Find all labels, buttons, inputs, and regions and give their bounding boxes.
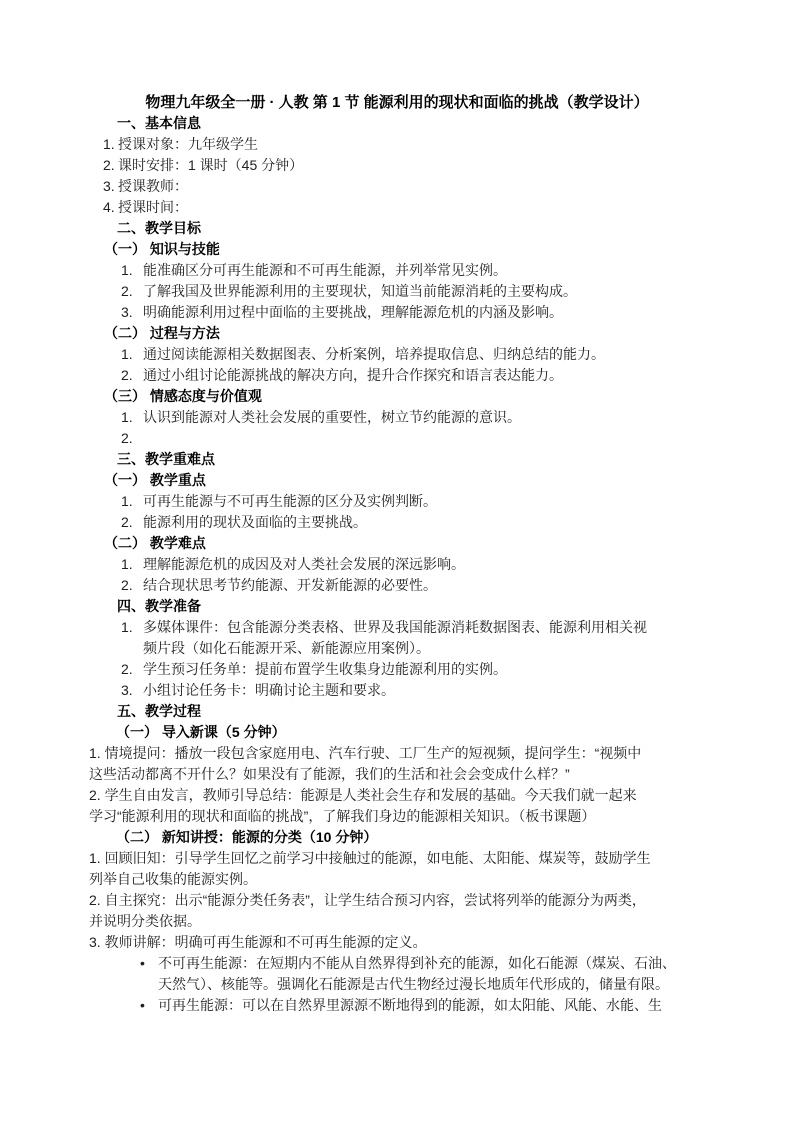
item-text: 可再生能源：可以在自然界里源源不断地得到的能源，如太阳能、风能、水能、生 bbox=[158, 997, 662, 1013]
numbered-item: 2.能源利用的现状及面临的主要挑战。 bbox=[0, 512, 794, 533]
subsection-heading: （二） 过程与方法 bbox=[0, 323, 794, 344]
item-number: 1. bbox=[121, 407, 133, 428]
item-number: 3. bbox=[103, 176, 115, 197]
item-text: 小组讨论任务卡：明确讨论主题和要求。 bbox=[143, 682, 395, 698]
numbered-item: 1.可再生能源与不可再生能源的区分及实例判断。 bbox=[0, 491, 794, 512]
item-text: 授课时间： bbox=[118, 199, 188, 215]
item-text: （二） 过程与方法 bbox=[104, 325, 220, 341]
item-text: 认识到能源对人类社会发展的重要性，树立节约能源的意识。 bbox=[143, 409, 521, 425]
paragraph-line: 1. 回顾旧知：引导学生回忆之前学习中接触过的能源，如电能、太阳能、煤炭等，鼓励… bbox=[0, 848, 794, 869]
item-number: 1. bbox=[121, 554, 133, 575]
item-text: 结合现状思考节约能源、开发新能源的必要性。 bbox=[143, 577, 437, 593]
paragraph-line: 这些活动都离不开什么？如果没有了能源，我们的生活和社会会变成什么样？” bbox=[0, 764, 794, 785]
section-heading: 五、教学过程 bbox=[0, 701, 794, 722]
paragraph-line: 列举自己收集的能源实例。 bbox=[0, 869, 794, 890]
numbered-item: 2.通过小组讨论能源挑战的解决方向，提升合作探究和语言表达能力。 bbox=[0, 365, 794, 386]
item-text: 一、基本信息 bbox=[117, 115, 201, 131]
item-text: 课时安排：1 课时（45 分钟） bbox=[118, 157, 303, 173]
paragraph-line: 3. 教师讲解：明确可再生能源和不可再生能源的定义。 bbox=[0, 932, 794, 953]
item-text: 多媒体课件：包含能源分类表格、世界及我国能源消耗数据图表、能源利用相关视 bbox=[143, 619, 647, 635]
section-heading: 一、基本信息 bbox=[0, 113, 794, 134]
numbered-item: 1.授课对象：九年级学生 bbox=[0, 134, 794, 155]
item-number: 1. bbox=[121, 617, 133, 638]
item-text: 授课教师： bbox=[118, 178, 188, 194]
numbered-item: 1.认识到能源对人类社会发展的重要性，树立节约能源的意识。 bbox=[0, 407, 794, 428]
item-number: 1. bbox=[121, 491, 133, 512]
numbered-item: 2. bbox=[0, 428, 794, 449]
item-number: 2. bbox=[121, 512, 133, 533]
item-number: 4. bbox=[103, 197, 115, 218]
item-text: 不可再生能源：在短期内不能从自然界得到补充的能源，如化石能源（煤炭、石油、 bbox=[158, 955, 676, 971]
numbered-item: 2.结合现状思考节约能源、开发新能源的必要性。 bbox=[0, 575, 794, 596]
item-text: 频片段（如化石能源开采、新能源应用案例）。 bbox=[143, 640, 430, 656]
subsection-heading: （一） 导入新课（5 分钟） bbox=[0, 722, 794, 743]
subsection-heading: （一） 教学重点 bbox=[0, 470, 794, 491]
numbered-item: 1.多媒体课件：包含能源分类表格、世界及我国能源消耗数据图表、能源利用相关视 bbox=[0, 617, 794, 638]
item-text: 2. 自主探究：出示“能源分类任务表”，让学生结合预习内容，尝试将列举的能源分为… bbox=[89, 892, 646, 908]
item-text: 理解能源危机的成因及对人类社会发展的深远影响。 bbox=[143, 556, 465, 572]
item-text: 学习“能源利用的现状和面临的挑战”，了解我们身边的能源相关知识。（板书课题） bbox=[89, 808, 595, 824]
item-number: 2. bbox=[121, 281, 133, 302]
item-number: 2. bbox=[121, 428, 133, 449]
item-text: 3. 教师讲解：明确可再生能源和不可再生能源的定义。 bbox=[89, 934, 427, 950]
subsection-heading: （一） 知识与技能 bbox=[0, 239, 794, 260]
subsection-heading: （二） 教学难点 bbox=[0, 533, 794, 554]
document-title: 物理九年级全一册 · 人教 第 1 节 能源利用的现状和面临的挑战（教学设计） bbox=[0, 92, 794, 113]
item-text: 这些活动都离不开什么？如果没有了能源，我们的生活和社会会变成什么样？” bbox=[89, 766, 570, 782]
item-text: （二） 教学难点 bbox=[104, 535, 206, 551]
bullet-item: •可再生能源：可以在自然界里源源不断地得到的能源，如太阳能、风能、水能、生 bbox=[0, 995, 794, 1016]
item-text: 能源利用的现状及面临的主要挑战。 bbox=[143, 514, 367, 530]
item-number: 1. bbox=[121, 344, 133, 365]
item-text: （一） 教学重点 bbox=[104, 472, 206, 488]
item-text: 列举自己收集的能源实例。 bbox=[89, 871, 257, 887]
item-number: 2. bbox=[103, 155, 115, 176]
item-text: 2. 学生自由发言，教师引导总结：能源是人类社会生存和发展的基础。今天我们就一起… bbox=[89, 787, 637, 803]
paragraph-line: 2. 自主探究：出示“能源分类任务表”，让学生结合预习内容，尝试将列举的能源分为… bbox=[0, 890, 794, 911]
item-number: 2. bbox=[121, 659, 133, 680]
item-number: 3. bbox=[121, 302, 133, 323]
item-text: 四、教学准备 bbox=[117, 598, 201, 614]
numbered-item-continuation: 频片段（如化石能源开采、新能源应用案例）。 bbox=[0, 638, 794, 659]
numbered-item: 4.授课时间： bbox=[0, 197, 794, 218]
lesson-plan-document: 物理九年级全一册 · 人教 第 1 节 能源利用的现状和面临的挑战（教学设计） … bbox=[0, 0, 794, 1016]
item-text: 通过小组讨论能源挑战的解决方向，提升合作探究和语言表达能力。 bbox=[143, 367, 563, 383]
numbered-item: 2.课时安排：1 课时（45 分钟） bbox=[0, 155, 794, 176]
item-text: （三） 情感态度与价值观 bbox=[104, 388, 262, 404]
subsection-heading: （三） 情感态度与价值观 bbox=[0, 386, 794, 407]
numbered-item: 2.学生预习任务单：提前布置学生收集身边能源利用的实例。 bbox=[0, 659, 794, 680]
item-text: 明确能源利用过程中面临的主要挑战，理解能源危机的内涵及影响。 bbox=[143, 304, 563, 320]
item-number: 1. bbox=[121, 260, 133, 281]
numbered-item: 2.了解我国及世界能源利用的主要现状，知道当前能源消耗的主要构成。 bbox=[0, 281, 794, 302]
item-text: 三、教学重难点 bbox=[117, 451, 215, 467]
section-heading: 二、教学目标 bbox=[0, 218, 794, 239]
bullet-item-continuation: 天然气）、核能等。强调化石能源是古代生物经过漫长地质年代形成的，储量有限。 bbox=[0, 974, 794, 995]
item-text: 通过阅读能源相关数据图表、分析案例，培养提取信息、归纳总结的能力。 bbox=[143, 346, 605, 362]
section-heading: 四、教学准备 bbox=[0, 596, 794, 617]
item-text: 授课对象：九年级学生 bbox=[118, 136, 258, 152]
numbered-item: 3.小组讨论任务卡：明确讨论主题和要求。 bbox=[0, 680, 794, 701]
numbered-item: 1.能准确区分可再生能源和不可再生能源，并列举常见实例。 bbox=[0, 260, 794, 281]
item-text: 二、教学目标 bbox=[117, 220, 201, 236]
bullet-item: •不可再生能源：在短期内不能从自然界得到补充的能源，如化石能源（煤炭、石油、 bbox=[0, 953, 794, 974]
paragraph-line: 并说明分类依据。 bbox=[0, 911, 794, 932]
item-text: 1. 情境提问：播放一段包含家庭用电、汽车行驶、工厂生产的短视频，提问学生：“视… bbox=[89, 745, 641, 761]
item-number: 2. bbox=[121, 365, 133, 386]
bullet-icon: • bbox=[140, 995, 145, 1016]
numbered-item: 1.通过阅读能源相关数据图表、分析案例，培养提取信息、归纳总结的能力。 bbox=[0, 344, 794, 365]
item-text: （一） 导入新课（5 分钟） bbox=[116, 724, 286, 740]
paragraph-line: 1. 情境提问：播放一段包含家庭用电、汽车行驶、工厂生产的短视频，提问学生：“视… bbox=[0, 743, 794, 764]
item-text: 1. 回顾旧知：引导学生回忆之前学习中接触过的能源，如电能、太阳能、煤炭等，鼓励… bbox=[89, 850, 651, 866]
item-number: 1. bbox=[103, 134, 115, 155]
document-page: 物理九年级全一册 · 人教 第 1 节 能源利用的现状和面临的挑战（教学设计） … bbox=[0, 0, 794, 1123]
item-text: 并说明分类依据。 bbox=[89, 913, 201, 929]
item-text: 了解我国及世界能源利用的主要现状，知道当前能源消耗的主要构成。 bbox=[143, 283, 577, 299]
item-text: 五、教学过程 bbox=[117, 703, 201, 719]
item-text: 天然气）、核能等。强调化石能源是古代生物经过漫长地质年代形成的，储量有限。 bbox=[158, 976, 669, 992]
numbered-item: 3.明确能源利用过程中面临的主要挑战，理解能源危机的内涵及影响。 bbox=[0, 302, 794, 323]
item-text: 能准确区分可再生能源和不可再生能源，并列举常见实例。 bbox=[143, 262, 507, 278]
document-body: 一、基本信息1.授课对象：九年级学生2.课时安排：1 课时（45 分钟）3.授课… bbox=[0, 113, 794, 1016]
paragraph-line: 学习“能源利用的现状和面临的挑战”，了解我们身边的能源相关知识。（板书课题） bbox=[0, 806, 794, 827]
bullet-icon: • bbox=[140, 953, 145, 974]
item-text: （二） 新知讲授：能源的分类（10 分钟） bbox=[116, 829, 377, 845]
numbered-item: 3.授课教师： bbox=[0, 176, 794, 197]
paragraph-line: 2. 学生自由发言，教师引导总结：能源是人类社会生存和发展的基础。今天我们就一起… bbox=[0, 785, 794, 806]
item-number: 2. bbox=[121, 575, 133, 596]
numbered-item: 1.理解能源危机的成因及对人类社会发展的深远影响。 bbox=[0, 554, 794, 575]
section-heading: 三、教学重难点 bbox=[0, 449, 794, 470]
item-number: 3. bbox=[121, 680, 133, 701]
item-text: （一） 知识与技能 bbox=[104, 241, 220, 257]
subsection-heading: （二） 新知讲授：能源的分类（10 分钟） bbox=[0, 827, 794, 848]
item-text: 学生预习任务单：提前布置学生收集身边能源利用的实例。 bbox=[143, 661, 507, 677]
item-text: 可再生能源与不可再生能源的区分及实例判断。 bbox=[143, 493, 437, 509]
